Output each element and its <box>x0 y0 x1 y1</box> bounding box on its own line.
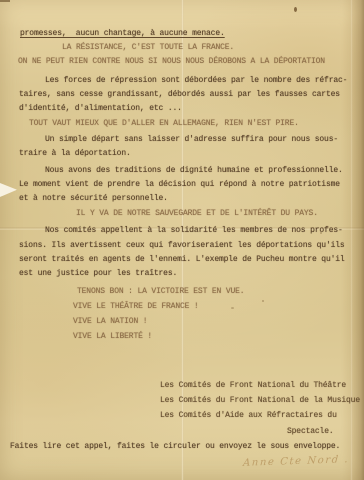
text-line: et à notre sécurité personnelle. <box>19 194 168 203</box>
text-line: Un simple départ sans laisser d'adresse … <box>45 135 338 144</box>
signature-line: Les Comités d'Aide aux Réfractaires du <box>160 411 337 420</box>
text-line: Le moment vient de prendre la décision q… <box>19 180 340 189</box>
vertical-fold-crease <box>181 0 184 480</box>
text-line: Nous avons des traditions de dignité hum… <box>45 166 343 175</box>
signature-line: Les Comités de Front National du Théâtre <box>160 381 346 390</box>
slogan-line: VIVE LA NATION ! <box>73 317 147 326</box>
text-line: Nos comités appellent à la solidarité le… <box>45 226 343 235</box>
text-line: Les forces de répression sont débordées … <box>45 76 347 85</box>
text-line: traire à la déportation. <box>19 149 131 158</box>
slogan-line: IL Y VA DE NOTRE SAUVEGARDE ET DE L'INTÉ… <box>76 209 318 218</box>
text-line: seront traités en agents de l'ennemi. L'… <box>19 255 345 264</box>
text-line: taires, sans cesse grandissant, débordés… <box>19 90 340 99</box>
ink-speck <box>262 300 264 302</box>
slogan-line: ON NE PEUT RIEN CONTRE NOUS SI NOUS NOUS… <box>18 57 325 66</box>
text-line: d'identité, d'alimentation, etc ... <box>19 104 182 113</box>
slogan-line: TOUT VAUT MIEUX QUE D'ALLER EN ALLEMAGNE… <box>29 119 299 128</box>
slogan-line: VIVE LE THÉÂTRE DE FRANCE ! <box>73 302 199 311</box>
text-line: sions. Ils avertissent ceux qui favorise… <box>19 241 345 250</box>
page-edge-shadow <box>342 0 364 480</box>
text-line: promesses, aucun chantage, à aucune mena… <box>20 29 225 38</box>
slogan-line: LA RÉSISTANCE, C'EST TOUTE LA FRANCE. <box>62 43 234 52</box>
ink-speck <box>231 307 234 309</box>
slogan-line: VIVE LA LIBERTÉ ! <box>73 332 152 341</box>
signature-line: Les Comités du Front National de la Musi… <box>160 396 360 405</box>
corner-mark <box>0 0 10 2</box>
signature-line: Spectacle. <box>287 427 334 436</box>
text-line: Faites lire cet appel, faites le circule… <box>10 442 340 451</box>
text-line: est une justice pour les traîtres. <box>19 269 177 278</box>
scanned-leaflet: { "colors": { "paper": "#dcc995", "paper… <box>0 0 364 480</box>
slogan-line: TENONS BON : LA VICTOIRE EST EN VUE. <box>77 287 244 296</box>
ink-speck <box>294 7 297 12</box>
